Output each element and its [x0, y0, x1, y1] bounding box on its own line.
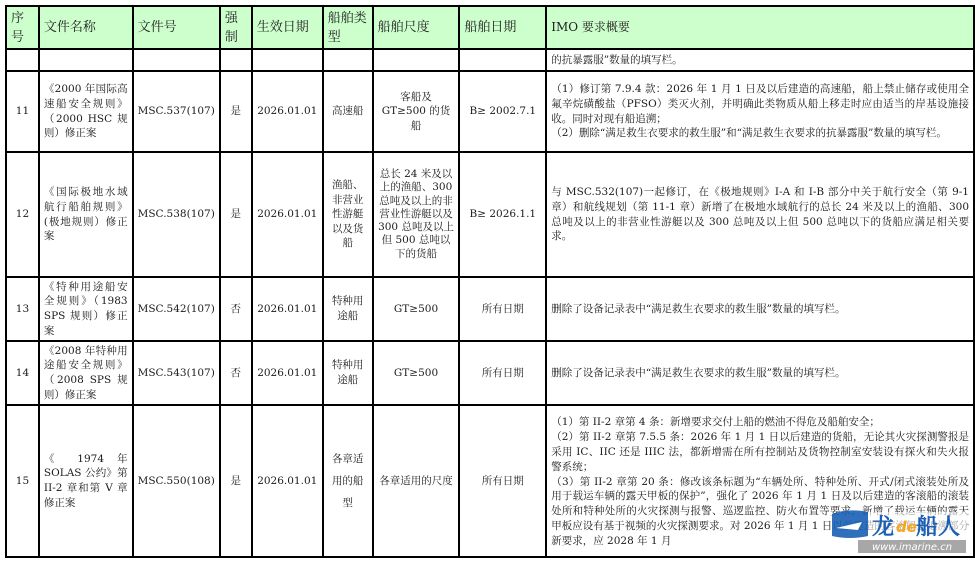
row-no: 13: [6, 277, 39, 341]
ship-logo-icon: 龙 de 船人 www.imarine.cn: [828, 506, 970, 556]
effective-date-cell: 2026.01.01: [252, 71, 323, 152]
doc-name-cell: 《国际极地水域航行船舶规则》(极地规则）修正案: [39, 152, 133, 277]
doc-no-cell: MSC.543(107): [133, 341, 220, 405]
summary-paragraph: 删除了设备记录表中“满足救生衣要求的救生服”数量的填写栏。: [551, 366, 969, 381]
summary-cell: 删除了设备记录表中“满足救生衣要求的救生服”数量的填写栏。: [546, 277, 974, 341]
doc-no-cell: MSC.538(107): [133, 152, 220, 277]
summary-paragraph: （2）第 II-2 章第 7.5.5 条：2026 年 1 月 1 日以后建造的…: [551, 430, 969, 474]
ship-size-cell: 各章适用的尺度: [373, 405, 460, 557]
ship-size-cell: 客船及 GT≥500 的货船: [373, 71, 460, 152]
row-no: 11: [6, 71, 39, 152]
ship-type-cell: 渔船、非营业性游艇以及货船: [323, 152, 373, 277]
effective-date-cell: 2026.01.01: [252, 341, 323, 405]
header-row: 序号 文件名称 文件号 强制 生效日期 船舶类型 船舶尺度 船舶日期 IMO 要…: [6, 6, 974, 49]
ship-size-cell: GT≥500: [373, 341, 460, 405]
table-row: 12 《国际极地水域航行船舶规则》(极地规则）修正案 MSC.538(107) …: [6, 152, 974, 277]
ship-size-cell: 总长 24 米及以上的渔船、300 总吨及以上的非营业性游艇以及 300 总吨及…: [373, 152, 460, 277]
doc-no-cell: MSC.542(107): [133, 277, 220, 341]
ship-type-cell: 特种用途船: [323, 277, 373, 341]
mandatory-cell: 是: [220, 405, 252, 557]
row-no: 14: [6, 341, 39, 405]
svg-text:龙: 龙: [872, 515, 894, 540]
doc-name-cell: 《2008 年特种用途船安全规则》（2008 SPS 规则）修正案: [39, 341, 133, 405]
watermark-url: www.imarine.cn: [872, 542, 952, 553]
summary-paragraph: （1）第 II-2 章第 4 条：新增要求交付上船的燃油不得危及船舶安全；: [551, 415, 969, 430]
mandatory-cell: 是: [220, 152, 252, 277]
summary-paragraph: （1）修订第 7.9.4 款：2026 年 1 月 1 日及以后建造的高速船，船…: [551, 82, 969, 126]
table-row: 13 《特种用途船安全规则》（1983 SPS 规则）修正案 MSC.542(1…: [6, 277, 974, 341]
summary-cell: 与 MSC.532(107)一起修订，在《极地规则》I-A 和 I-B 部分中关…: [546, 152, 974, 277]
doc-no-cell: MSC.537(107): [133, 71, 220, 152]
header-mandatory: 强制: [220, 6, 252, 49]
header-ship-size: 船舶尺度: [373, 6, 460, 49]
doc-name-cell: 《特种用途船安全规则》（1983 SPS 规则）修正案: [39, 277, 133, 341]
row-no: 12: [6, 152, 39, 277]
mandatory-cell: 否: [220, 277, 252, 341]
doc-name-cell: 《2000 年国际高速船安全规则》（2000 HSC 规则）修正案: [39, 71, 133, 152]
ship-date-cell: 所有日期: [459, 277, 546, 341]
summary-cell: 的抗暴露服”数量的填写栏。: [546, 49, 974, 71]
ship-date-cell: 所有日期: [459, 405, 546, 557]
header-doc-no: 文件号: [133, 6, 220, 49]
summary-paragraph: （2）删除“满足救生衣要求的救生服”和“满足救生衣要求的抗暴露服”数量的填写栏。: [551, 126, 969, 141]
table-row: 11 《2000 年国际高速船安全规则》（2000 HSC 规则）修正案 MSC…: [6, 71, 974, 152]
ship-type-cell: 各章适用的船型: [323, 405, 373, 557]
ship-date-cell: 所有日期: [459, 341, 546, 405]
doc-name-cell: 《 1974 年 SOLAS 公约》第 II-2 章和第 V 章修正案: [39, 405, 133, 557]
header-no: 序号: [6, 6, 39, 49]
table-row: 14 《2008 年特种用途船安全规则》（2008 SPS 规则）修正案 MSC…: [6, 341, 974, 405]
regulation-table: 序号 文件名称 文件号 强制 生效日期 船舶类型 船舶尺度 船舶日期 IMO 要…: [5, 5, 975, 558]
header-doc-name: 文件名称: [39, 6, 133, 49]
effective-date-cell: 2026.01.01: [252, 152, 323, 277]
mandatory-cell: 是: [220, 71, 252, 152]
ship-type-cell: 特种用途船: [323, 341, 373, 405]
summary-paragraph: 与 MSC.532(107)一起修订，在《极地规则》I-A 和 I-B 部分中关…: [551, 185, 969, 243]
row-no: 15: [6, 405, 39, 557]
summary-paragraph: 删除了设备记录表中“满足救生衣要求的救生服”数量的填写栏。: [551, 302, 969, 317]
effective-date-cell: 2026.01.01: [252, 405, 323, 557]
header-ship-type: 船舶类型: [323, 6, 373, 49]
doc-no-cell: MSC.550(108): [133, 405, 220, 557]
watermark-logo: 龙 de 船人 www.imarine.cn: [828, 506, 970, 556]
header-ship-date: 船舶日期: [459, 6, 546, 49]
ship-date-cell: B≥ 2002.7.1: [459, 71, 546, 152]
ship-date-cell: B≥ 2026.1.1: [459, 152, 546, 277]
effective-date-cell: 2026.01.01: [252, 277, 323, 341]
continuation-row: 的抗暴露服”数量的填写栏。: [6, 49, 974, 71]
mandatory-cell: 否: [220, 341, 252, 405]
ship-size-cell: GT≥500: [373, 277, 460, 341]
svg-text:de: de: [896, 518, 917, 536]
summary-cell: （1）修订第 7.9.4 款：2026 年 1 月 1 日及以后建造的高速船，船…: [546, 71, 974, 152]
header-summary: IMO 要求概要: [546, 6, 974, 49]
ship-type-cell: 高速船: [323, 71, 373, 152]
svg-text:船人: 船人: [915, 515, 960, 540]
summary-cell: 删除了设备记录表中“满足救生衣要求的救生服”数量的填写栏。: [546, 341, 974, 405]
header-effective-date: 生效日期: [252, 6, 323, 49]
